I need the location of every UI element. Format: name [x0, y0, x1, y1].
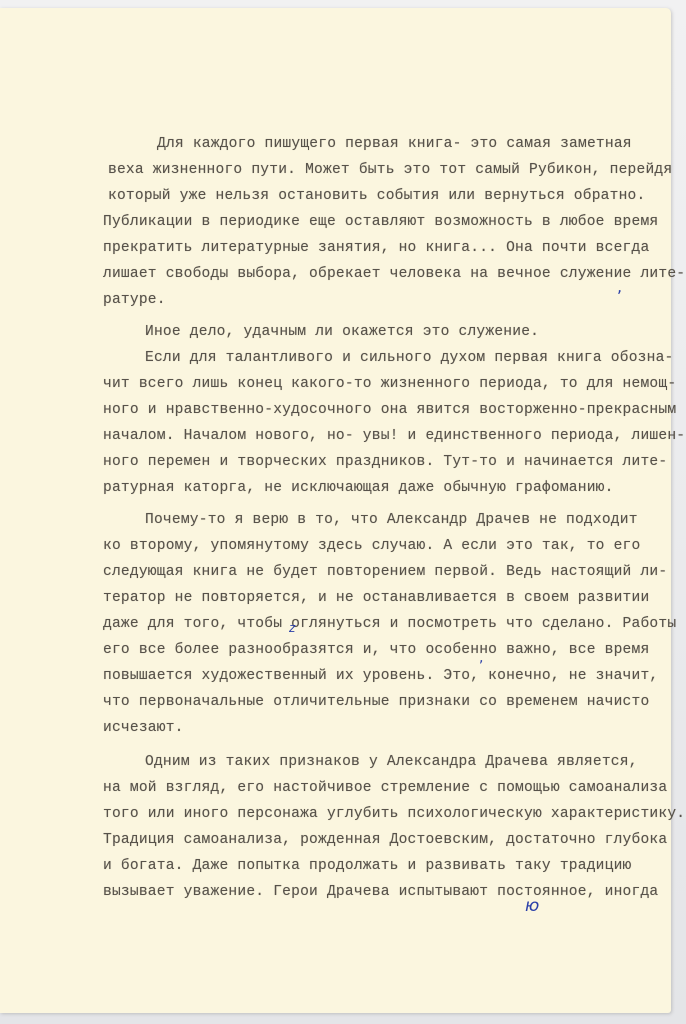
text-line: Одним из таких признаков у Александра Др…: [145, 752, 638, 772]
text-line: веха жизненного пути. Может быть это тот…: [108, 160, 672, 180]
handwritten-deletion-mark: z: [289, 622, 295, 635]
text-line: ного и нравственно-худосочного она явитс…: [103, 400, 676, 420]
text-line: Почему-то я верю в то, что Александр Дра…: [145, 510, 638, 530]
text-line: тератор не повторяется, и не останавлива…: [103, 588, 649, 608]
text-line: ратурная каторга, не исключающая даже об…: [103, 478, 614, 498]
text-line: его все более разнообразятся и, что особ…: [103, 640, 649, 660]
text-line: на мой взгляд, его настойчивое стремлени…: [103, 778, 667, 798]
text-line: Традиция самоанализа, рожденная Достоевс…: [103, 830, 667, 850]
text-line: ко второму, упомянутому здесь случаю. А …: [103, 536, 640, 556]
paper-sheet: Для каждого пишущего первая книга- это с…: [0, 8, 671, 1013]
text-line: Для каждого пишущего первая книга- это с…: [157, 134, 632, 154]
text-line: ного перемен и творческих праздников. Ту…: [103, 452, 667, 472]
text-line: прекратить литературные занятия, но книг…: [103, 238, 649, 258]
text-line: началом. Началом нового, но- увы! и един…: [103, 426, 685, 446]
handwritten-comma-mark: ,: [617, 280, 622, 293]
text-line: Если для талантливого и сильного духом п…: [145, 348, 674, 368]
text-line: лишает свободы выбора, обрекает человека…: [103, 264, 685, 284]
text-line: который уже нельзя остановить события ил…: [108, 186, 645, 206]
text-line: следующая книга не будет повторением пер…: [103, 562, 667, 582]
text-line: повышается художественный их уровень. Эт…: [103, 666, 658, 686]
text-line: исчезают.: [103, 718, 184, 738]
text-line: вызывает уважение. Герои Драчева испытыв…: [103, 882, 658, 902]
scanned-page: Для каждого пишущего первая книга- это с…: [0, 0, 686, 1024]
text-line: и богата. Даже попытка продолжать и разв…: [103, 856, 632, 876]
text-line: даже для того, чтобы оглянуться и посмот…: [103, 614, 676, 634]
handwritten-comma-mark: ,: [479, 652, 483, 665]
text-line: того или иного персонажа углубить психол…: [103, 804, 685, 824]
text-line: чит всего лишь конец какого-то жизненног…: [103, 374, 676, 394]
text-line: Публикации в периодике еще оставляют воз…: [103, 212, 658, 232]
text-line: Иное дело, удачным ли окажется это служе…: [145, 322, 539, 342]
handwritten-letter-correction: ю: [525, 900, 539, 913]
text-line: что первоначальные отличительные признак…: [103, 692, 649, 712]
text-line: ратуре.: [103, 290, 166, 310]
